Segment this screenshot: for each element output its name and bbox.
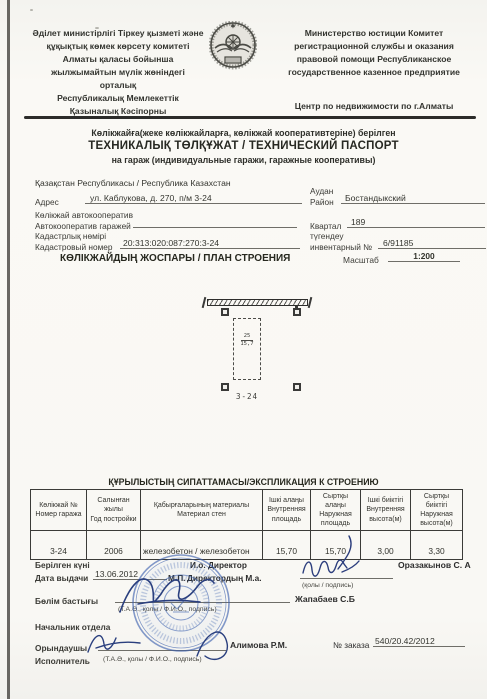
inventory-value: 6/91185 (378, 238, 486, 249)
executor-name: Алимова Р.М. (230, 640, 287, 650)
scanned-technical-passport-page: Әділет министірлігі Тіркеу қызметі және … (0, 0, 487, 699)
doc-title-kazakh: Көлікжайға(жеке көлікжайларға, көлікжай … (40, 128, 447, 138)
fio-caption: (Т.А.Ә., қолы / Ф.И.О., подпись) (118, 606, 217, 613)
cell-outer-area: 15,70 (311, 531, 361, 560)
issue-date-label-kk: Берілген күні (35, 560, 90, 570)
plan-garage-outline (233, 318, 261, 380)
org-name-russian: Министерство юстиции Комитет регистрацио… (276, 27, 472, 79)
dept-head-label-kk: Бөлім бастығы (35, 596, 98, 606)
country-line: Қазақстан Республикасы / Республика Каза… (35, 178, 231, 188)
scale-value: 1:200 (388, 251, 460, 262)
col-garage-number: Көлікжай №Номер гаража (31, 490, 87, 531)
plan-post (293, 308, 301, 316)
plan-post (221, 383, 229, 391)
cadastre-label-ru: Кадастровый номер (35, 242, 113, 252)
cell-outer-height: 3,30 (411, 531, 463, 560)
scale-label: Масштаб (343, 255, 379, 265)
district-value: Бостандыкский (341, 193, 485, 204)
cell-inner-area: 15,70 (263, 531, 311, 560)
org-type-russian: Центр по недвижимости по г.Алматы (276, 100, 472, 113)
order-value: 540/20.42/2012 (373, 636, 465, 647)
cell-inner-height: 3,00 (361, 531, 411, 560)
col-year-built: Салынған жылыГод постройки (87, 490, 141, 531)
org-type-kazakh: Республикалық Мемлекеттік Қазыналық Кәсі… (32, 92, 204, 118)
stamp-place-label: М.П. (168, 573, 186, 583)
dept-head-signature-line (115, 592, 290, 603)
kvartal-label: Квартал (310, 221, 341, 231)
address-label: Адрес (35, 197, 59, 207)
cadastre-value: 20:313:020:087:270:3-24 (120, 238, 300, 249)
table-header-row: Көлікжай №Номер гаража Салынған жылыГод … (31, 490, 463, 531)
address-value: ул. Каблукова, д. 270, п/м 3-24 (85, 193, 302, 204)
cell-wall-material: железобетон / железобетон (141, 531, 263, 560)
district-label-kk: Аудан (310, 186, 333, 196)
plan-wall-tick (202, 297, 207, 308)
executor-label-ru: Исполнитель (35, 656, 90, 666)
inventory-label-kk: түгендеу (310, 231, 344, 241)
dept-head-label-ru: Начальник отдела (35, 622, 110, 632)
table-data-row: 3-24 2006 железобетон / железобетон 15,7… (31, 531, 463, 560)
signature-caption: (қолы / подпись) (302, 582, 353, 589)
kvartal-value: 189 (347, 217, 485, 228)
coop-label-kk: Көлікжай автокооператив (35, 210, 133, 220)
plan-room-area: 15,7 (233, 341, 261, 348)
plan-room-annotation: 25 15,7 (233, 333, 261, 347)
dept-head-name: Жапабаев С.Б (295, 594, 355, 604)
doc-title-main: ТЕХНИКАЛЫҚ ТӨЛҚҰЖАТ / ТЕХНИЧЕСКИЙ ПАСПОР… (40, 140, 447, 152)
explication-table: Көлікжай №Номер гаража Салынған жылыГод … (30, 489, 463, 560)
cadastre-label-kk: Кадастрлық нөмірі (35, 231, 106, 241)
plan-section-title: КӨЛІКЖАЙДЫҢ ЖОСПАРЫ / ПЛАН СТРОЕНИЯ (60, 253, 290, 264)
plan-wall (207, 299, 308, 306)
director-label-kk: Директордың М.а. (187, 573, 262, 583)
col-outer-area: Сыртқы алаңыНаружная площадь (311, 490, 361, 531)
coop-label-ru: Автокооператив гаражей (35, 221, 131, 231)
org-name-kazakh: Әділет министірлігі Тіркеу қызметі және … (32, 27, 204, 91)
issue-date-value: 13.06.2012 (93, 569, 167, 580)
scan-edge-artifact (7, 0, 10, 699)
plan-room-number: 25 (233, 333, 261, 340)
coop-value-line (133, 217, 297, 228)
executor-label-kk: Орындаушы (35, 643, 87, 653)
order-label: № заказа (333, 640, 369, 650)
col-inner-area: Ішкі алаңыВнутренняя площадь (263, 490, 311, 531)
col-inner-height: Ішкі биіктігіВнутренняя высота(м) (361, 490, 411, 531)
issue-date-label-ru: Дата выдачи (35, 573, 88, 583)
table-title: ҚҰРЫЛЫСТЫҢ СИПАТТАМАСЫ/ЭКСПЛИКАЦИЯ К СТР… (40, 477, 447, 487)
col-outer-height: Сыртқы биіктігіНаружная высота(м) (411, 490, 463, 531)
col-wall-material: Қабырғаларының материалыМатериал стен (141, 490, 263, 531)
fio-caption-2: (Т.А.Ә., қолы / Ф.И.О., подпись) (103, 656, 202, 663)
plan-post (293, 383, 301, 391)
header-divider (24, 116, 476, 119)
executor-signature-line (98, 640, 226, 651)
kazakhstan-emblem-icon (209, 21, 257, 71)
director-signature-line (300, 568, 393, 579)
plan-post (221, 308, 229, 316)
plan-garage-number: 3-24 (217, 392, 277, 401)
scan-speck (30, 9, 33, 11)
plan-wall-tick (308, 297, 313, 308)
cell-year-built: 2006 (87, 531, 141, 560)
inventory-label-ru: инвентарный № (310, 242, 372, 252)
doc-title-russian: на гараж (индивидуальные гаражи, гаражны… (40, 155, 447, 165)
director-name: Оразакынов С. А (398, 560, 471, 570)
cell-garage-number: 3-24 (31, 531, 87, 560)
district-label-ru: Район (310, 197, 334, 207)
director-label-ru: И.о. Директор (190, 560, 247, 570)
